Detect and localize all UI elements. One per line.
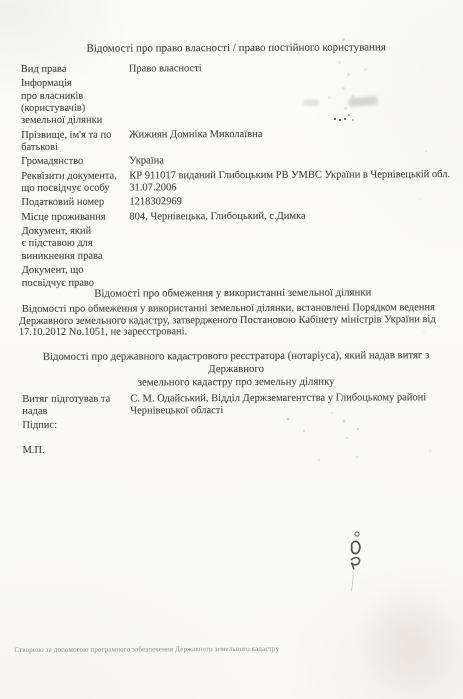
- seal-label: М.П.: [22, 445, 44, 456]
- field-value: 804, Чернівецька, Глибоцький, с.Димка: [129, 210, 453, 224]
- field-value: [129, 76, 453, 127]
- field-label: Реквізити документа, що посвідчує особу: [21, 170, 129, 195]
- row-right-type: Вид права Право власності: [21, 62, 453, 76]
- field-label: Місце проживання: [21, 211, 129, 224]
- footer-note: Створено за допомогою програмного забезп…: [14, 645, 279, 654]
- ownership-section-title: Відомості про право власності / право по…: [21, 41, 452, 56]
- row-basis-document: Документ, який є підставою для виникненн…: [21, 224, 453, 263]
- row-residence: Місце проживання 804, Чернівецька, Глибо…: [21, 210, 453, 224]
- field-label: Документ, що посвідчує право: [22, 265, 130, 290]
- field-value: [129, 224, 453, 262]
- field-label: Громадянство: [21, 156, 129, 169]
- field-value: КР 911017 виданий Глибоцьким РВ УМВС Укр…: [129, 169, 453, 195]
- ownership-fields: Вид права Право власності Інформація про…: [21, 62, 454, 292]
- field-label: Документ, який є підставою для виникненн…: [21, 226, 129, 264]
- field-value: Жижиян Домніка Миколаївна: [129, 128, 453, 154]
- row-owners-info: Інформація про власників (користувачів) …: [21, 76, 453, 127]
- row-id-document: Реквізити документа, що посвідчує особу …: [21, 169, 453, 196]
- signature-label: Підпис:: [22, 420, 57, 431]
- field-label: Витяг підготував та надав: [22, 393, 130, 418]
- row-citizenship: Громадянство Україна: [21, 154, 453, 168]
- row-extract-prepared-by: Витяг підготував та надав С. М. Одайськи…: [22, 392, 450, 419]
- field-value: Право власності: [129, 62, 453, 76]
- restrictions-section: Відомості про обмеження у використанні з…: [19, 286, 447, 339]
- field-label: Інформація про власників (користувачів) …: [21, 78, 129, 128]
- field-value: 1218302969: [129, 195, 453, 209]
- field-value: С. М. Одайський, Відділ Держземагентства…: [130, 392, 450, 418]
- row-full-name: Прізвище, ім'я та по батькові Жижиян Дом…: [21, 128, 453, 155]
- scanned-document-page: Відомості про право власності / право по…: [0, 0, 463, 699]
- document-content: Відомості про право власності / право по…: [0, 0, 463, 699]
- field-label: Прізвище, ім'я та по батькові: [21, 129, 129, 154]
- restrictions-section-title: Відомості про обмеження у використанні з…: [19, 286, 447, 301]
- field-label: Податковий номер: [21, 197, 129, 210]
- restrictions-body: Відомості про обмеження у використанні з…: [19, 302, 447, 339]
- field-value: Україна: [129, 154, 453, 168]
- row-tax-number: Податковий номер 1218302969: [21, 195, 453, 209]
- registrar-section-title: Відомості про державного кадастрового ре…: [22, 349, 450, 390]
- field-label: Вид права: [21, 63, 129, 76]
- registrar-section: Відомості про державного кадастрового ре…: [22, 349, 450, 421]
